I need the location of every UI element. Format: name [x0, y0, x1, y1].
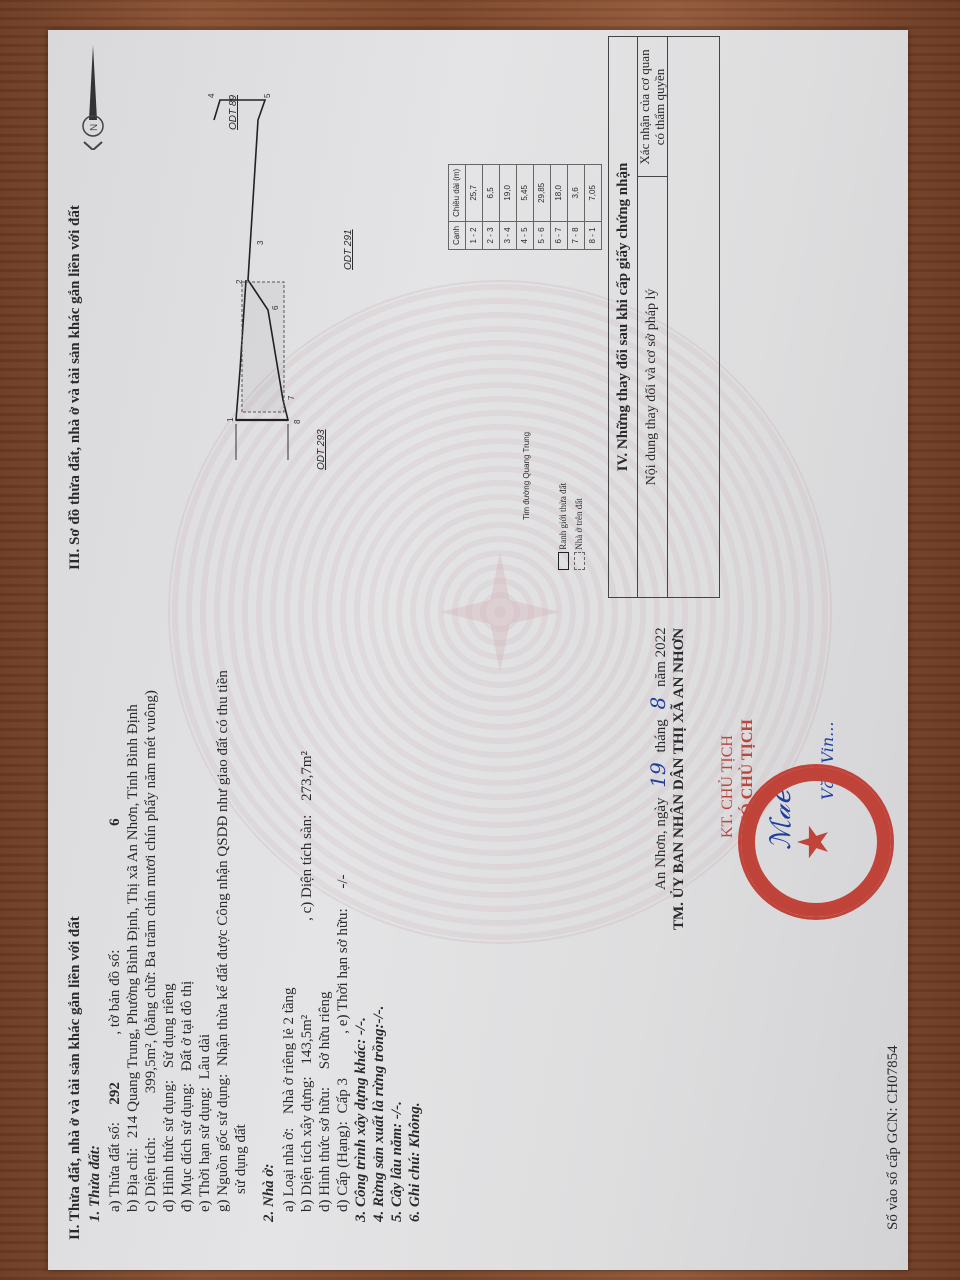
area-row: c) Diện tích: 399,5m², (bằng chữ: Ba tră…	[142, 690, 161, 1212]
svg-text:1: 1	[226, 417, 235, 422]
grade-label: d) Cấp (Hạng):	[334, 1121, 353, 1212]
house-type-row: a) Loại nhà ở: Nhà ở riêng lẻ 2 tầng	[280, 987, 299, 1212]
perennial-trees: 5. Cây lâu năm: -/-.	[388, 1101, 407, 1222]
purpose-value: Đất ở tại đô thị	[178, 981, 197, 1071]
house-type-label: a) Loại nhà ở:	[280, 1128, 299, 1212]
svg-text:3: 3	[256, 240, 265, 245]
edge-table-row: 1 - 225,7	[466, 164, 483, 249]
edge-table-row: 5 - 629,85	[534, 164, 551, 249]
origin-row: g) Nguồn gốc sử dụng: Nhận thừa kế đất đ…	[214, 670, 233, 1212]
house-type-value: Nhà ở riêng lẻ 2 tầng	[280, 987, 299, 1114]
north-arrow-icon: N	[78, 40, 108, 150]
build-area-label: b) Diện tích xây dựng:	[298, 1076, 317, 1212]
use-form-row: d) Hình thức sử dụng: Sử dụng riêng	[160, 983, 179, 1212]
area-label: c) Diện tích:	[142, 1137, 161, 1212]
certificate-page: II. Thửa đất, nhà ở và tài sản khác gắn …	[48, 30, 908, 1270]
official-red-seal	[738, 764, 894, 920]
origin-label: g) Nguồn gốc sử dụng:	[214, 1074, 233, 1212]
address-label: b) Địa chỉ:	[124, 1148, 143, 1212]
own-term-label: , e) Thời hạn sở hữu:	[334, 908, 353, 1033]
month-label: tháng	[653, 719, 669, 752]
house-heading: 2. Nhà ở:	[260, 1164, 279, 1222]
land-heading: 1. Thửa đất:	[86, 1145, 105, 1222]
address-row: b) Địa chỉ: 214 Quang Trung, Phường Bình…	[124, 704, 143, 1212]
edge-length-table: CạnhChiều dài (m)1 - 225,72 - 36,53 - 41…	[448, 164, 602, 250]
svg-text:2: 2	[235, 279, 244, 284]
registry-number: Số vào sổ cấp GCN: CH07854	[884, 1045, 903, 1230]
neighbor-odt-291: ODT 291	[343, 229, 356, 270]
address-value: 214 Quang Trung, Phường Bình Định, Thị x…	[124, 704, 143, 1138]
authority-confirmation-header: Xác nhận của cơ quan có thẩm quyền	[637, 37, 668, 177]
date-month: 8	[646, 697, 670, 710]
purpose-label: đ) Mục đích sử dụng:	[178, 1083, 197, 1212]
parcel-diagram: 1 2 3 4 5 6 7 8	[148, 40, 628, 460]
neighbor-odt-89: ODT 89	[228, 95, 241, 130]
edge-table-row: 8 - 17,05	[585, 164, 602, 249]
ownership-value: Sở hữu riêng	[316, 991, 335, 1069]
other-works: 3. Công trình xây dựng khác: -/-.	[352, 1017, 371, 1222]
edge-table-header: CạnhChiều dài (m)	[449, 164, 466, 249]
neighbor-odt-293: ODT 293	[316, 429, 329, 470]
section-3-title: III. Sơ đồ thửa đất, nhà ở và tài sản kh…	[66, 205, 85, 570]
use-form-label: d) Hình thức sử dụng:	[160, 1080, 179, 1212]
year-label: năm 2022	[653, 627, 669, 687]
svg-text:7: 7	[287, 395, 296, 400]
grade-value: Cấp 3	[334, 1053, 353, 1113]
build-area-row: b) Diện tích xây dựng: 143,5m² , c) Diện…	[298, 751, 317, 1212]
legend-house: Nhà ở trên đất	[574, 498, 585, 570]
road-centerline-label: Tim đường Quang Trung	[522, 432, 532, 520]
origin-continued: sử dụng đất	[232, 1124, 251, 1194]
svg-text:6: 6	[271, 305, 280, 310]
section-2-title: II. Thửa đất, nhà ở và tài sản khác gắn …	[66, 916, 85, 1240]
date-prefix: An Nhơn, ngày	[653, 797, 669, 890]
term-row: e) Thời hạn sử dụng: Lâu dài	[196, 1034, 215, 1212]
edge-table-row: 4 - 55,45	[517, 164, 534, 249]
parcel-number-row: a) Thửa đất số: 292 , tờ bản đồ số: 6	[106, 818, 125, 1212]
grade-row: d) Cấp (Hạng): Cấp 3 , e) Thời hạn sở hữ…	[334, 874, 353, 1212]
svg-text:4: 4	[207, 93, 216, 98]
edge-table-row: 3 - 419,0	[500, 164, 517, 249]
ownership-label: d) Hình thức sở hữu:	[316, 1087, 335, 1212]
edge-table-row: 7 - 83,6	[568, 164, 585, 249]
legend-parcel-boundary: Ranh giới thửa đất	[558, 483, 569, 570]
area-value: 399,5m², (bằng chữ: Ba trăm chín mươi ch…	[142, 690, 161, 1093]
own-term-value: -/-	[334, 874, 353, 888]
seal-star-icon	[797, 825, 831, 859]
notes: 6. Ghi chú: Không.	[406, 1102, 425, 1222]
boundary-swatch-icon	[558, 552, 569, 570]
edge-table-row: 2 - 36,5	[483, 164, 500, 249]
floor-area-value: 273,7m²	[298, 751, 317, 801]
svg-text:N: N	[89, 124, 100, 131]
kt-chairman: KT. CHỦ TỊCH	[718, 735, 738, 838]
term-label: e) Thời hạn sử dụng:	[196, 1087, 215, 1212]
svg-text:8: 8	[293, 419, 302, 424]
changes-table: IV. Những thay đổi sau khi cấp giấy chứn…	[608, 36, 720, 598]
section-4-title: IV. Những thay đổi sau khi cấp giấy chứn…	[609, 37, 638, 597]
svg-text:5: 5	[263, 93, 272, 98]
parcel-no-value: 292	[106, 1068, 125, 1118]
purpose-row: đ) Mục đích sử dụng: Đất ở tại đô thị	[178, 981, 197, 1212]
term-value: Lâu dài	[196, 1034, 215, 1079]
map-sheet-label: , tờ bản đồ số:	[106, 950, 125, 1035]
date-line: An Nhơn, ngày 19 tháng 8 năm 2022	[646, 627, 671, 890]
house-swatch-icon	[574, 552, 585, 570]
issuing-authority: TM. ỦY BAN NHÂN DÂN THỊ XÃ AN NHƠN	[670, 628, 689, 930]
map-sheet-value: 6	[106, 818, 125, 826]
build-area-value: 143,5m²	[298, 965, 317, 1065]
origin-value: Nhận thừa kế đất được Công nhận QSDĐ như…	[214, 670, 233, 1066]
forest: 4. Rừng sản xuất là rừng trồng:-/-.	[370, 1006, 389, 1222]
ownership-row: d) Hình thức sở hữu: Sở hữu riêng	[316, 991, 335, 1212]
use-form-value: Sử dụng riêng	[160, 983, 179, 1068]
rotated-page-content: II. Thửa đất, nhà ở và tài sản khác gắn …	[48, 30, 908, 1270]
edge-table-row: 6 - 718,0	[551, 164, 568, 249]
parcel-no-label: a) Thửa đất số:	[106, 1122, 125, 1212]
floor-area-label: , c) Diện tích sàn:	[298, 815, 317, 921]
changes-content-header: Nội dung thay đổi và cơ sở pháp lý	[637, 176, 668, 597]
date-day: 19	[646, 762, 670, 787]
